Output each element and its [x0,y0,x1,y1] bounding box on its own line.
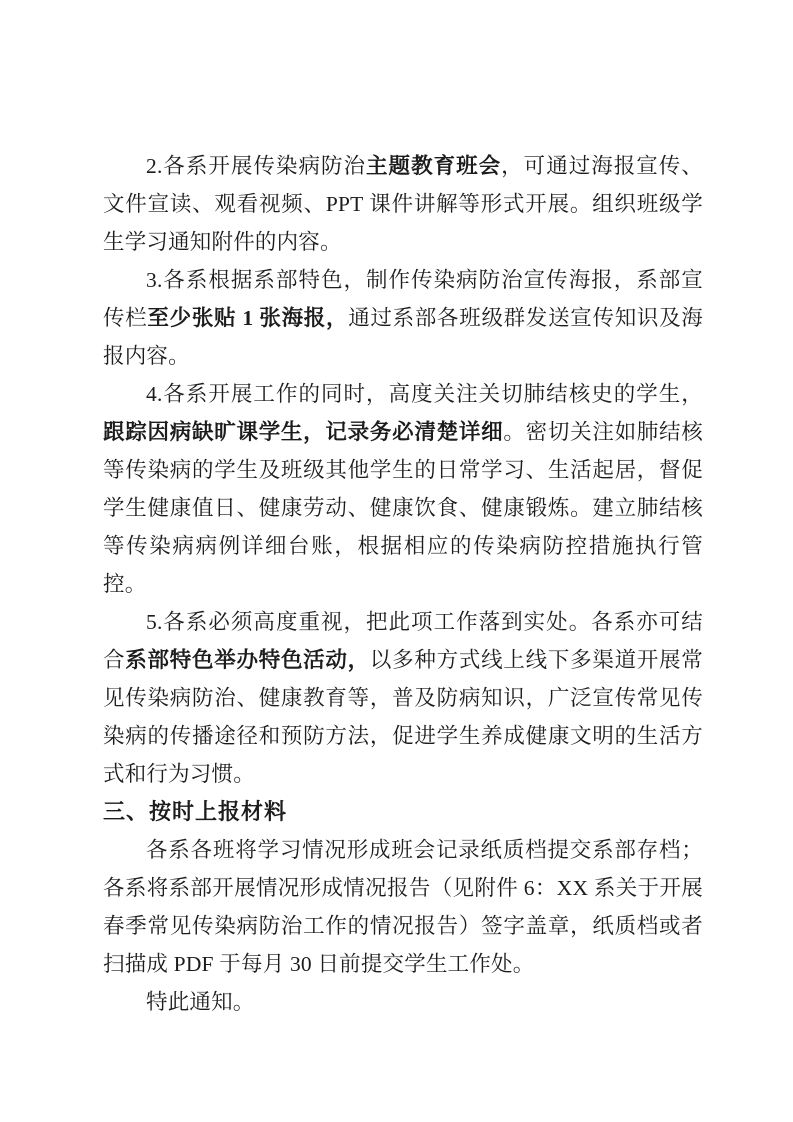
paragraph-item-4: 4.各系开展工作的同时，高度关注关切肺结核史的学生，跟踪因病缺旷课学生，记录务必… [103,375,703,603]
paragraph-closing: 特此通知。 [103,983,703,1021]
paragraph-item-3: 3.各系根据系部特色，制作传染病防治宣传海报，系部宣传栏至少张贴 1 张海报，通… [103,261,703,375]
document-body: 2.各系开展传染病防治主题教育班会，可通过海报宣传、文件宣读、观看视频、PPT … [103,147,703,1021]
text-run: 。密切关注如肺结核等传染病的学生及班级其他学生的日常学习、生活起居，督促学生健康… [103,420,703,596]
bold-text-run: 跟踪因病缺旷课学生，记录务必清楚详细 [103,420,503,444]
section-heading: 三、按时上报材料 [103,793,703,831]
bold-text-run: 主题教育班会 [366,154,501,178]
bold-text-run: 三、按时上报材料 [103,799,287,824]
bold-text-run: 系部特色举办特色活动， [125,648,370,672]
bold-text-run: 至少张贴 1 张海报， [147,306,348,330]
paragraph-report-requirements: 各系各班将学习情况形成班会记录纸质档提交系部存档；各系将系部开展情况形成情况报告… [103,831,703,983]
text-run: 各系各班将学习情况形成班会记录纸质档提交系部存档；各系将系部开展情况形成情况报告… [103,838,703,976]
text-run: 特此通知。 [146,990,255,1014]
text-run: 4.各系开展工作的同时，高度关注关切肺结核史的学生， [146,382,703,406]
document-page: 2.各系开展传染病防治主题教育班会，可通过海报宣传、文件宣读、观看视频、PPT … [0,0,793,1122]
paragraph-item-5: 5.各系必须高度重视，把此项工作落到实处。各系亦可结合系部特色举办特色活动，以多… [103,603,703,793]
text-run: 2.各系开展传染病防治 [146,154,366,178]
paragraph-item-2: 2.各系开展传染病防治主题教育班会，可通过海报宣传、文件宣读、观看视频、PPT … [103,147,703,261]
